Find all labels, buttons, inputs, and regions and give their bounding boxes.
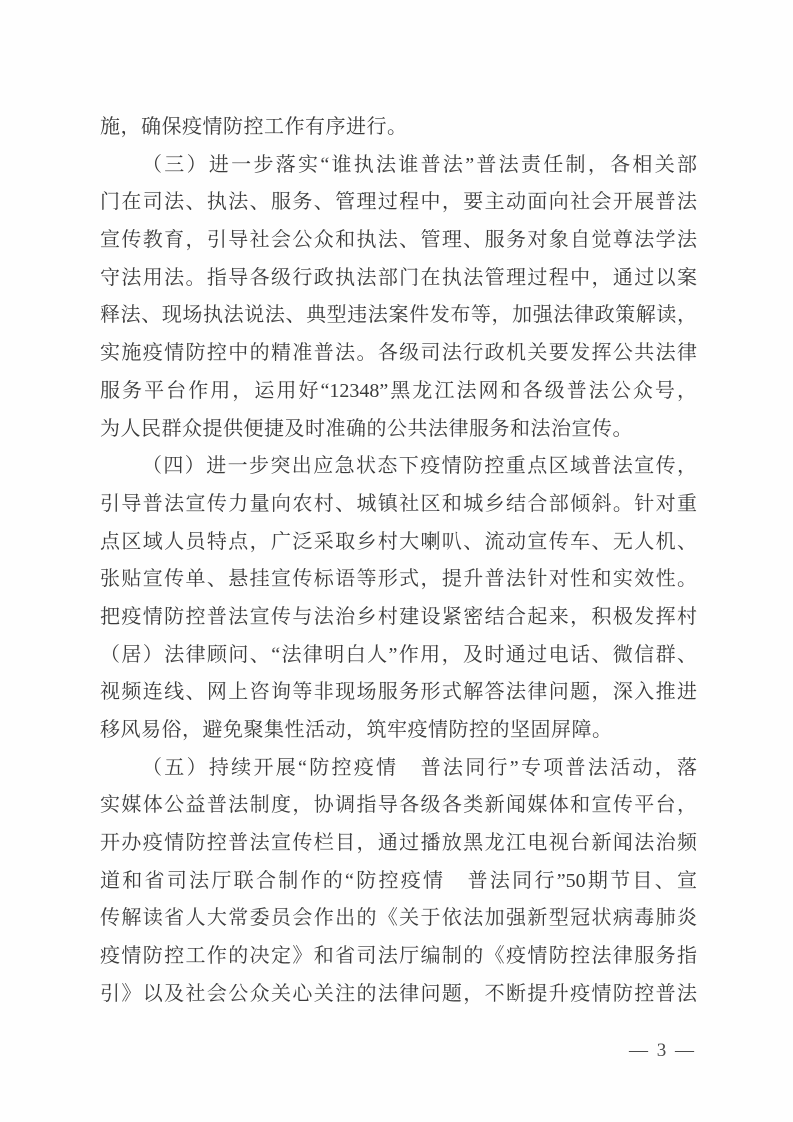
text-line: 把疫情防控普法宣传与法治乡村建设紧密结合起来，积极发挥村 — [100, 599, 697, 637]
text-line: （三）进一步落实“谁执法谁普法”普法责任制，各相关部 — [100, 147, 697, 185]
text-line: 移风易俗，避免聚集性活动，筑牢疫情防控的坚固屏障。 — [100, 712, 697, 750]
document-body: 施，确保疫情防控工作有序进行。（三）进一步落实“谁执法谁普法”普法责任制，各相关… — [100, 109, 697, 1014]
text-line: 施，确保疫情防控工作有序进行。 — [100, 109, 697, 147]
text-line: 释法、现场执法说法、典型违法案件发布等，加强法律政策解读， — [100, 297, 697, 335]
text-line: （居）法律顾问、“法律明白人”作用，及时通过电话、微信群、 — [100, 637, 697, 675]
text-line: 为人民群众提供便捷及时准确的公共法律服务和法治宣传。 — [100, 411, 697, 449]
text-line: 引导普法宣传力量向农村、城镇社区和城乡结合部倾斜。针对重 — [100, 486, 697, 524]
text-line: 门在司法、执法、服务、管理过程中，要主动面向社会开展普法 — [100, 184, 697, 222]
text-line: 疫情防控工作的决定》和省司法厅编制的《疫情防控法律服务指 — [100, 938, 697, 976]
text-line: 视频连线、网上咨询等非现场服务形式解答法律问题，深入推进 — [100, 674, 697, 712]
text-line: 点区域人员特点，广泛采取乡村大喇叭、流动宣传车、无人机、 — [100, 524, 697, 562]
text-line: 宣传教育，引导社会公众和执法、管理、服务对象自觉尊法学法 — [100, 222, 697, 260]
page-number: — 3 — — [629, 1040, 696, 1062]
text-line: 服务平台作用，运用好“12348”黑龙江法网和各级普法公众号， — [100, 373, 697, 411]
text-line: 守法用法。指导各级行政执法部门在执法管理过程中，通过以案 — [100, 260, 697, 298]
text-line: 引》以及社会公众关心关注的法律问题，不断提升疫情防控普法 — [100, 976, 697, 1014]
text-line: 实媒体公益普法制度，协调指导各级各类新闻媒体和宣传平台， — [100, 787, 697, 825]
document-page: 施，确保疫情防控工作有序进行。（三）进一步落实“谁执法谁普法”普法责任制，各相关… — [0, 0, 793, 1122]
text-line: （四）进一步突出应急状态下疫情防控重点区域普法宣传， — [100, 448, 697, 486]
text-line: 实施疫情防控中的精准普法。各级司法行政机关要发挥公共法律 — [100, 335, 697, 373]
text-line: 张贴宣传单、悬挂宣传标语等形式，提升普法针对性和实效性。 — [100, 561, 697, 599]
text-line: 传解读省人大常委员会作出的《关于依法加强新型冠状病毒肺炎 — [100, 900, 697, 938]
text-line: 道和省司法厅联合制作的“防控疫情 普法同行”50期节目、宣 — [100, 863, 697, 901]
text-line: （五）持续开展“防控疫情 普法同行”专项普法活动，落 — [100, 750, 697, 788]
text-line: 开办疫情防控普法宣传栏目，通过播放黑龙江电视台新闻法治频 — [100, 825, 697, 863]
